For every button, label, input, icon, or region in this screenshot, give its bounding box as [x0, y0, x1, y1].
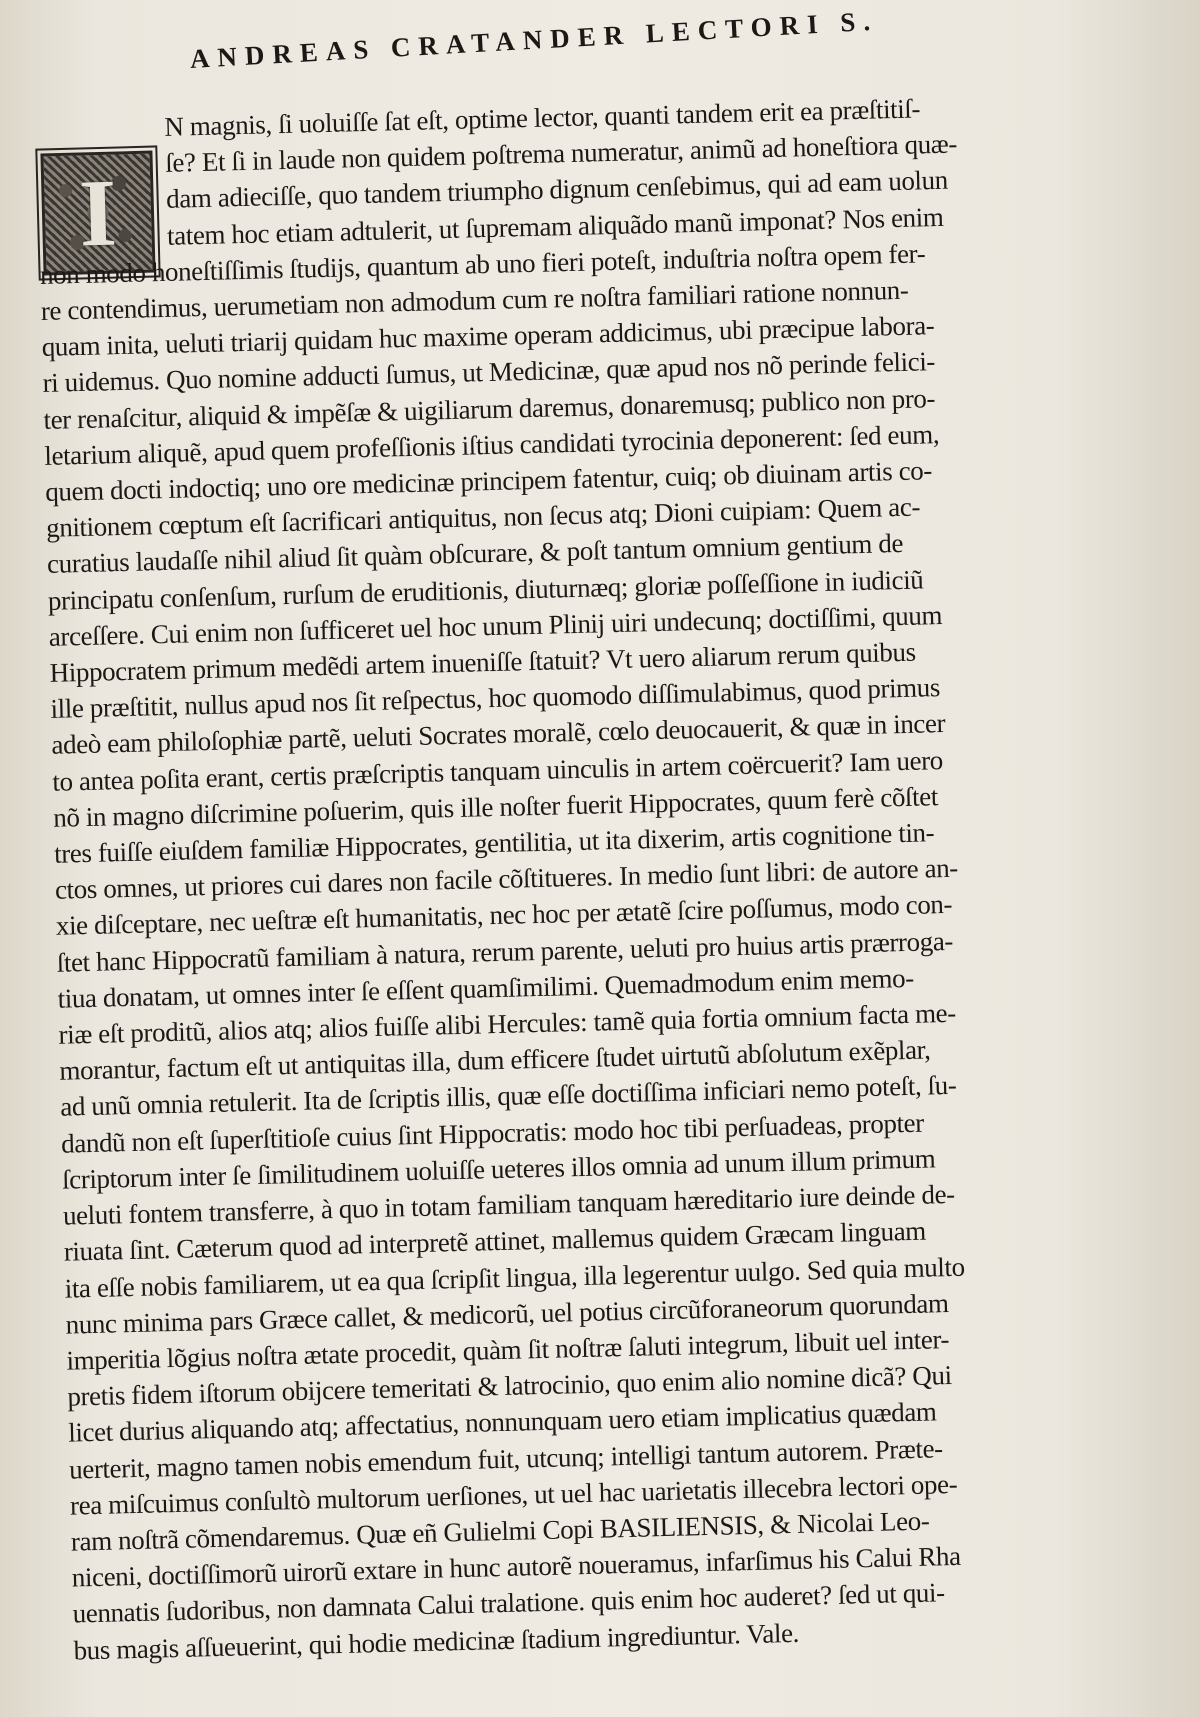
page-heading: ANDREAS CRATANDER LECTORI S.	[189, 0, 989, 75]
letter-body: N magnis, ſi uoluiſſe ſat eſt, optime le…	[36, 84, 1200, 1668]
book-page: ANDREAS CRATANDER LECTORI S. I N magnis,…	[0, 0, 1200, 1717]
